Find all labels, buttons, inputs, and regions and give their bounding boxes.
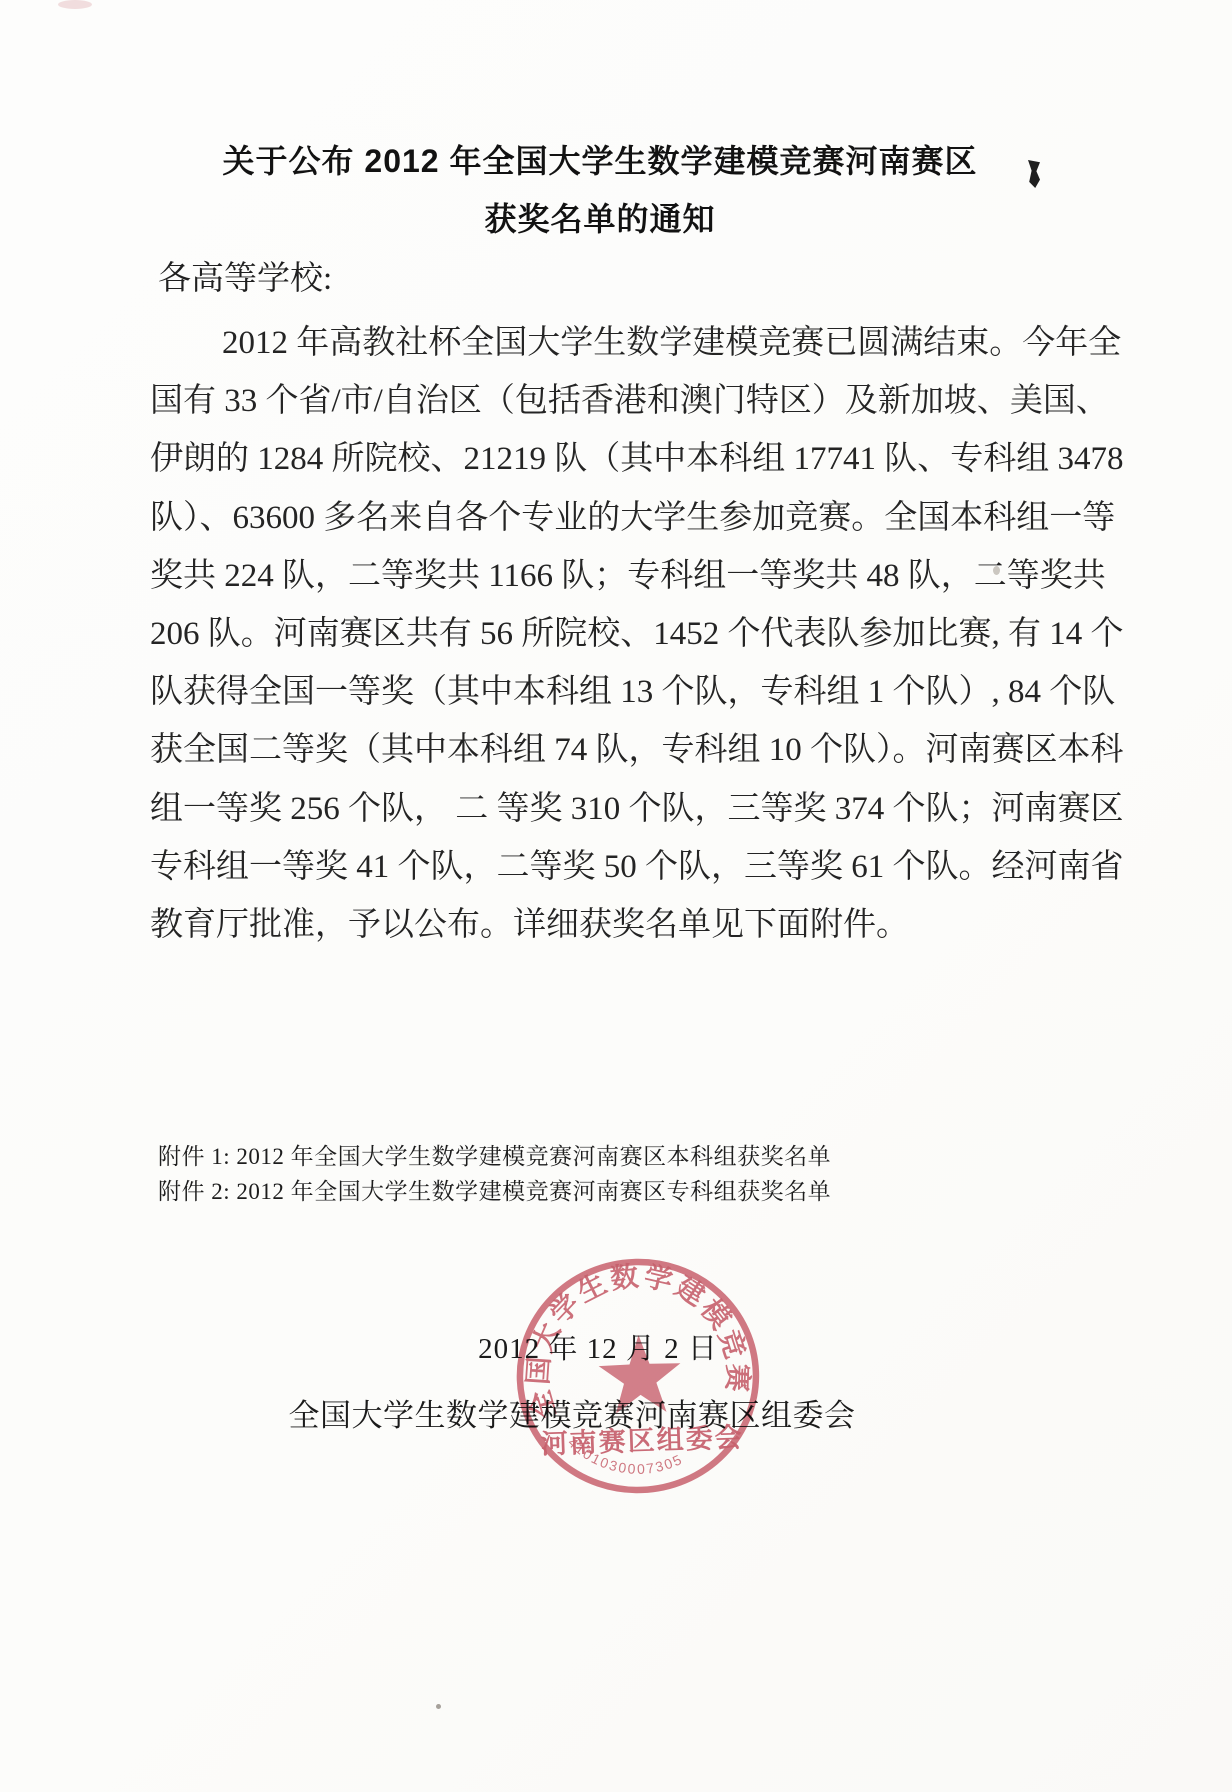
seal-ring-text: 全国大学生数学建模竞赛 (518, 1256, 757, 1423)
body-line: 2012 年高教社杯全国大学生数学建模竞赛已圆满结束。今年全 (150, 314, 966, 372)
attachments-list: 附件 1: 2012 年全国大学生数学建模竞赛河南赛区本科组获奖名单 附件 2:… (158, 1140, 918, 1209)
scan-speck (436, 1704, 441, 1709)
seal-star-icon (598, 1334, 682, 1415)
svg-text:全国大学生数学建模竞赛: 全国大学生数学建模竞赛 (518, 1256, 757, 1423)
attachment-line-2: 附件 2: 2012 年全国大学生数学建模竞赛河南赛区专科组获奖名单 (158, 1175, 918, 1210)
body-line: 奖共 224 队，二等奖共 1166 队；专科组一等奖共 48 队，二等奖共 (150, 547, 966, 605)
body-line: 获全国二等奖（其中本科组 74 队，专科组 10 个队）。河南赛区本科 (150, 721, 966, 779)
notice-title-line-2: 获奖名单的通知 (0, 194, 1200, 240)
attachment-line-1: 附件 1: 2012 年全国大学生数学建模竞赛河南赛区本科组获奖名单 (158, 1140, 918, 1175)
body-line: 206 队。河南赛区共有 56 所院校、1452 个代表队参加比赛, 有 14 … (150, 605, 966, 663)
notice-title-line-1: 关于公布 2012 年全国大学生数学建模竞赛河南赛区 (0, 136, 1200, 182)
body-line: 专科组一等奖 41 个队，二等奖 50 个队，三等奖 61 个队。经河南省 (150, 838, 966, 896)
scan-smudge (58, 0, 92, 9)
body-line: 队获得全国一等奖（其中本科组 13 个队，专科组 1 个队）, 84 个队 (150, 663, 966, 721)
body-paragraph: 2012 年高教社杯全国大学生数学建模竞赛已圆满结束。今年全 国有 33 个省/… (150, 314, 966, 954)
body-line: 伊朗的 1284 所院校、21219 队（其中本科组 17741 队、专科组 3… (150, 430, 966, 488)
body-line: 组一等奖 256 个队， 二 等奖 310 个队，三等奖 374 个队；河南赛区 (150, 780, 966, 838)
body-line: 国有 33 个省/市/自治区（包括香港和澳门特区）及新加坡、美国、 (150, 372, 966, 430)
body-line: 教育厅批准，予以公布。详细获奖名单见下面附件。 (150, 896, 966, 954)
body-line: 队）、63600 多名来自各个专业的大学生参加竞赛。全国本科组一等 (150, 489, 966, 547)
official-seal: 全国大学生数学建模竞赛 河南赛区组委会 4101030007305 (510, 1252, 766, 1505)
salutation: 各高等学校: (158, 252, 332, 299)
scanned-notice-page: 关于公布 2012 年全国大学生数学建模竞赛河南赛区 获奖名单的通知 各高等学校… (0, 0, 1232, 1792)
